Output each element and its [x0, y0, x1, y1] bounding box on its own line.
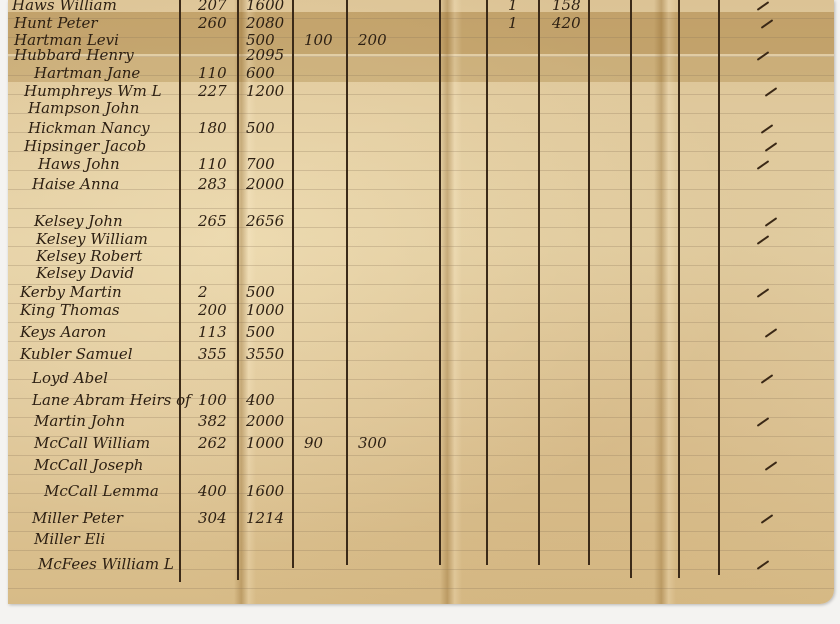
ledger-name: Hunt Peter — [14, 14, 98, 32]
ledger-name: McCall Lemma — [44, 482, 159, 500]
column-divider — [439, 0, 441, 565]
ledger-name: Kelsey Robert — [36, 247, 142, 265]
ledger-name: Kelsey William — [36, 230, 148, 248]
ledger-value-col1: 283 — [198, 175, 227, 193]
vertical-fold — [654, 0, 676, 604]
ledger-value-col2: 2000 — [246, 412, 284, 430]
ledger-value-col1: 382 — [198, 412, 227, 430]
ledger-value-col1: 304 — [198, 509, 227, 527]
ruled-line — [8, 284, 834, 285]
ledger-value-col1: 100 — [198, 391, 227, 409]
ledger-value-col2: 1600 — [246, 482, 284, 500]
check-mark-icon — [757, 288, 770, 298]
ledger-name: Miller Peter — [32, 509, 123, 527]
ruled-line — [8, 227, 834, 228]
check-mark-icon — [765, 461, 778, 471]
column-divider — [678, 0, 680, 578]
ledger-value-col5: 1 — [508, 14, 518, 32]
check-mark-icon — [765, 87, 778, 97]
check-mark-icon — [761, 514, 774, 524]
ledger-value-col2: 500 — [246, 119, 275, 137]
vertical-fold — [440, 0, 462, 604]
ledger-value-col1: 180 — [198, 119, 227, 137]
ledger-name: Martin John — [34, 412, 125, 430]
ledger-name: McFees William L — [38, 555, 174, 573]
ledger-value-col2: 2656 — [246, 212, 284, 230]
ledger-value-col3: 100 — [304, 31, 333, 49]
ruled-line — [8, 474, 834, 475]
column-divider — [179, 0, 181, 582]
ruled-line — [8, 322, 834, 323]
ledger-value-col2: 1000 — [246, 434, 284, 452]
ledger-name: Loyd Abel — [32, 369, 108, 387]
ledger-value-col2: 600 — [246, 64, 275, 82]
ruled-line — [8, 37, 834, 38]
ledger-name: Kubler Samuel — [20, 345, 133, 363]
column-divider — [292, 0, 294, 568]
ledger-value-col6: 158 — [552, 0, 581, 14]
column-divider — [718, 0, 720, 575]
ruled-line — [8, 588, 834, 589]
ruled-line — [8, 208, 834, 209]
ledger-value-col2: 3550 — [246, 345, 284, 363]
ledger-value-col1: 265 — [198, 212, 227, 230]
ledger-value-col4: 200 — [358, 31, 387, 49]
ledger-value-col1: 262 — [198, 434, 227, 452]
ruled-line — [8, 417, 834, 418]
check-mark-icon — [765, 328, 778, 338]
column-divider — [538, 0, 540, 565]
ledger-name: Hipsinger Jacob — [24, 137, 146, 155]
column-divider — [486, 0, 488, 565]
ledger-value-col6: 420 — [552, 14, 581, 32]
ledger-name: Hubbard Henry — [14, 46, 134, 64]
column-divider — [588, 0, 590, 565]
check-mark-icon — [765, 217, 778, 227]
check-mark-icon — [757, 417, 770, 427]
ledger-value-col2: 500 — [246, 323, 275, 341]
ledger-value-col1: 227 — [198, 82, 227, 100]
ledger-value-col1: 2 — [198, 283, 208, 301]
ledger-name: Keys Aaron — [20, 323, 106, 341]
ledger-value-col1: 113 — [198, 323, 227, 341]
ruled-line — [8, 341, 834, 342]
ruled-line — [8, 550, 834, 551]
ledger-value-col1: 400 — [198, 482, 227, 500]
ruled-line — [8, 189, 834, 190]
ledger-value-col1: 260 — [198, 14, 227, 32]
ledger-value-col3: 90 — [304, 434, 323, 452]
ledger-value-col1: 110 — [198, 155, 227, 173]
ledger-value-col2: 2095 — [246, 46, 284, 64]
ledger-value-col1: 355 — [198, 345, 227, 363]
ruled-line — [8, 512, 834, 513]
ledger-name: Hickman Nancy — [28, 119, 150, 137]
ledger-value-col2: 1214 — [246, 509, 284, 527]
ledger-value-col2: 1600 — [246, 0, 284, 14]
ledger-value-col2: 500 — [246, 283, 275, 301]
ledger-name: McCall Joseph — [34, 456, 143, 474]
ledger-name: Humphreys Wm L — [24, 82, 162, 100]
ledger-value-col1: 207 — [198, 0, 227, 14]
ledger-name: King Thomas — [20, 301, 120, 319]
ledger-value-col2: 2000 — [246, 175, 284, 193]
ruled-line — [8, 303, 834, 304]
ledger-name: Haws John — [38, 155, 120, 173]
check-mark-icon — [757, 1, 770, 11]
ledger-value-col5: 1 — [508, 0, 518, 14]
ledger-value-col2: 2080 — [246, 14, 284, 32]
ledger-name: Kerby Martin — [20, 283, 122, 301]
ledger-name: Hampson John — [28, 99, 139, 117]
column-divider — [630, 0, 632, 578]
ledger-value-col2: 1000 — [246, 301, 284, 319]
column-divider — [346, 0, 348, 565]
ledger-page: Haws William20716001158Hunt Peter2602080… — [8, 0, 834, 604]
column-divider — [237, 0, 239, 580]
ledger-name: Kelsey John — [34, 212, 123, 230]
ledger-value-col1: 200 — [198, 301, 227, 319]
check-mark-icon — [757, 235, 770, 245]
ledger-name: Hartman Jane — [34, 64, 140, 82]
ledger-value-col2: 1200 — [246, 82, 284, 100]
ledger-name: Kelsey David — [36, 264, 134, 282]
ledger-name: Haws William — [12, 0, 117, 14]
ledger-name: Lane Abram Heirs of — [32, 391, 191, 409]
ruled-line — [8, 379, 834, 380]
ledger-value-col1: 110 — [198, 64, 227, 82]
ledger-value-col2: 400 — [246, 391, 275, 409]
ledger-name: Haise Anna — [32, 175, 119, 193]
check-mark-icon — [757, 160, 770, 170]
ledger-name: Miller Eli — [34, 530, 105, 548]
ledger-name: McCall William — [34, 434, 150, 452]
ruled-line — [8, 18, 834, 19]
ruled-line — [8, 170, 834, 171]
ledger-value-col2: 700 — [246, 155, 275, 173]
ledger-value-col4: 300 — [358, 434, 387, 452]
ruled-line — [8, 531, 834, 532]
